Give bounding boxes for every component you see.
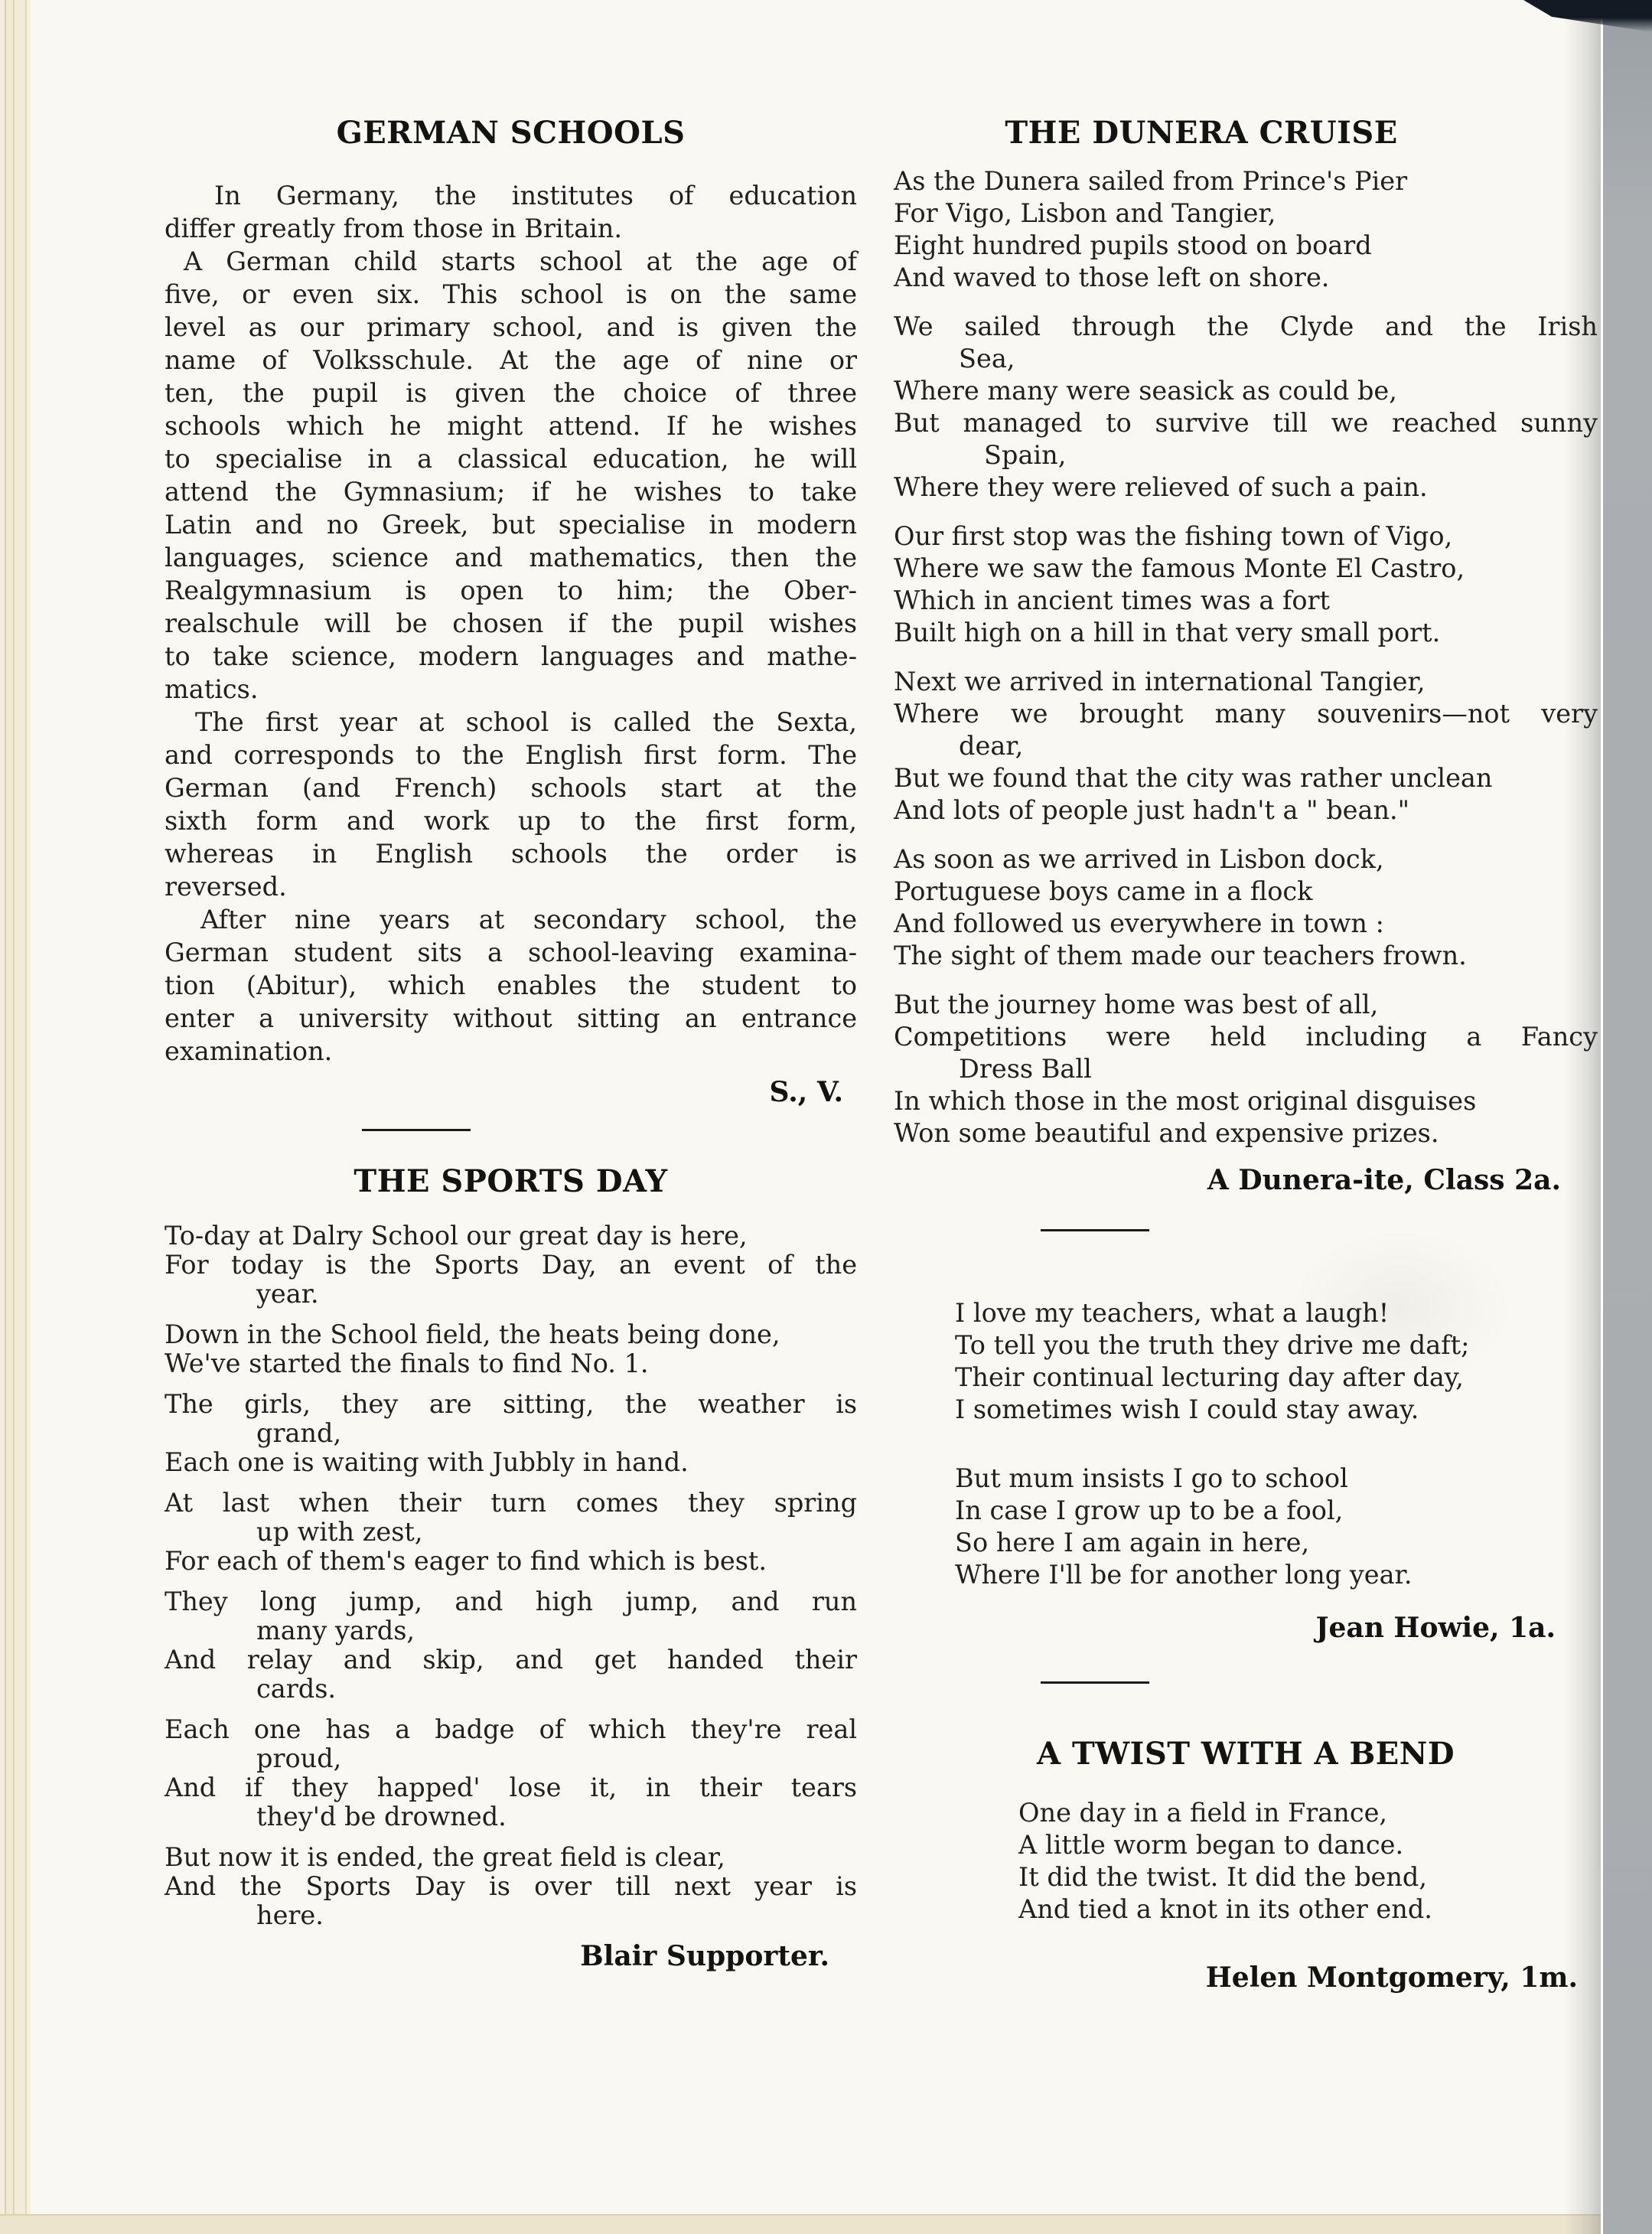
poem-sports-day: To-day at Dalry School our great day is … bbox=[165, 1221, 857, 1930]
prose-line: to take science, modern languages and ma… bbox=[165, 640, 857, 673]
poem-line: And waved to those left on shore. bbox=[894, 262, 1598, 294]
signature-sv: S., V. bbox=[165, 1075, 857, 1109]
paragraph: In Germany, the institutes of educationd… bbox=[165, 179, 857, 245]
poem-line: For each of them's eager to find which i… bbox=[165, 1547, 857, 1576]
poem-line: I sometimes wish I could stay away. bbox=[955, 1394, 1598, 1426]
poem-line: Built high on a hill in that very small … bbox=[894, 617, 1598, 649]
book-page-edge-bottom bbox=[0, 2214, 1603, 2234]
prose-line: A German child starts school at the age … bbox=[165, 245, 857, 278]
poem-title-dunera-cruise: THE DUNERA CRUISE bbox=[849, 113, 1553, 153]
poem-line: Where we saw the famous Monte El Castro, bbox=[894, 553, 1598, 585]
prose-line: After nine years at secondary school, th… bbox=[165, 903, 857, 936]
poem-line: The girls, they are sitting, the weather… bbox=[165, 1390, 857, 1419]
poem-line: To-day at Dalry School our great day is … bbox=[165, 1221, 857, 1251]
prose-line: attend the Gymnasium; if he wishes to ta… bbox=[165, 475, 857, 508]
poem-line: They long jump, and high jump, and run bbox=[165, 1587, 857, 1616]
poem-line: And relay and skip, and get handed their bbox=[165, 1645, 857, 1675]
poem-line: At last when their turn comes they sprin… bbox=[165, 1489, 857, 1518]
poem-line: Eight hundred pupils stood on board bbox=[894, 230, 1598, 262]
prose-line: ten, the pupil is given the choice of th… bbox=[165, 377, 857, 409]
stanza: But mum insists I go to schoolIn case I … bbox=[955, 1463, 1598, 1591]
poem-teachers: I love my teachers, what a laugh!To tell… bbox=[955, 1297, 1598, 1591]
prose-line: sixth form and work up to the first form… bbox=[165, 804, 857, 837]
poem-line: Portuguese boys came in a flock bbox=[894, 876, 1598, 908]
article-body: In Germany, the institutes of educationd… bbox=[165, 179, 857, 1068]
poem-line: But mum insists I go to school bbox=[955, 1463, 1598, 1495]
poem-line: Where we brought many souvenirs—not very bbox=[894, 698, 1598, 730]
prose-line: tion (Abitur), which enables the student… bbox=[165, 969, 857, 1002]
signature-blair-supporter: Blair Supporter. bbox=[165, 1939, 857, 1973]
prose-line: to specialise in a classical education, … bbox=[165, 442, 857, 475]
poem-line: It did the twist. It did the bend, bbox=[1018, 1861, 1598, 1893]
poem-line: grand, bbox=[165, 1419, 857, 1448]
signature-jean-howie: Jean Howie, 1a. bbox=[894, 1611, 1598, 1645]
poem-line: dear, bbox=[894, 730, 1598, 762]
poem-line: Where they were relieved of such a pain. bbox=[894, 471, 1598, 504]
stanza: Our first stop was the fishing town of V… bbox=[894, 520, 1598, 649]
prose-line: examination. bbox=[165, 1035, 857, 1068]
poem-line: Sea, bbox=[894, 343, 1598, 375]
prose-line: Latin and no Greek, but specialise in mo… bbox=[165, 508, 857, 541]
stanza: At last when their turn comes they sprin… bbox=[165, 1489, 857, 1576]
poem-line: Where I'll be for another long year. bbox=[955, 1559, 1598, 1591]
poem-line: I love my teachers, what a laugh! bbox=[955, 1297, 1598, 1329]
prose-line: whereas in English schools the order is bbox=[165, 837, 857, 870]
prose-line: five, or even six. This school is on the… bbox=[165, 278, 857, 311]
section-divider bbox=[1041, 1229, 1149, 1231]
stanza: Next we arrived in international Tangier… bbox=[894, 666, 1598, 827]
prose-line: schools which he might attend. If he wis… bbox=[165, 409, 857, 442]
poem-line: For today is the Sports Day, an event of… bbox=[165, 1251, 857, 1280]
poem-line: up with zest, bbox=[165, 1518, 857, 1547]
poem-title-sports-day: THE SPORTS DAY bbox=[165, 1162, 857, 1202]
prose-line: In Germany, the institutes of education bbox=[165, 179, 857, 212]
poem-line: Next we arrived in international Tangier… bbox=[894, 666, 1598, 698]
section-divider bbox=[1041, 1681, 1149, 1684]
prose-line: level as our primary school, and is give… bbox=[165, 311, 857, 344]
poem-line: Down in the School field, the heats bein… bbox=[165, 1320, 857, 1349]
scan-gutter-background bbox=[1601, 0, 1652, 2234]
poem-line: We sailed through the Clyde and the Iris… bbox=[894, 311, 1598, 343]
signature-dunera-ite: A Dunera-ite, Class 2a. bbox=[894, 1163, 1598, 1197]
prose-line: differ greatly from those in Britain. bbox=[165, 212, 857, 245]
poem-line: To tell you the truth they drive me daft… bbox=[955, 1329, 1598, 1362]
article-title-german-schools: GERMAN SCHOOLS bbox=[165, 113, 857, 153]
poem-line: Spain, bbox=[894, 439, 1598, 471]
prose-line: Realgymnasium is open to him; the Ober- bbox=[165, 574, 857, 607]
prose-line: languages, science and mathematics, then… bbox=[165, 541, 857, 574]
poem-line: Their continual lecturing day after day, bbox=[955, 1362, 1598, 1394]
book-page-edge-left bbox=[0, 0, 31, 2216]
poem-line: In which those in the most original disg… bbox=[894, 1085, 1598, 1117]
poem-line: And followed us everywhere in town : bbox=[894, 908, 1598, 940]
poem-line: But managed to survive till we reached s… bbox=[894, 407, 1598, 439]
stanza: The girls, they are sitting, the weather… bbox=[165, 1390, 857, 1477]
prose-line: German student sits a school-leaving exa… bbox=[165, 936, 857, 969]
stanza: One day in a field in France,A little wo… bbox=[1018, 1797, 1598, 1926]
signature-helen-montgomery: Helen Montgomery, 1m. bbox=[894, 1961, 1598, 1994]
poem-line: As the Dunera sailed from Prince's Pier bbox=[894, 165, 1598, 197]
stanza: We sailed through the Clyde and the Iris… bbox=[894, 311, 1598, 504]
poem-line: Our first stop was the fishing town of V… bbox=[894, 520, 1598, 553]
prose-line: reversed. bbox=[165, 870, 857, 903]
prose-line: German (and French) schools start at the bbox=[165, 771, 857, 804]
poem-line: But now it is ended, the great field is … bbox=[165, 1843, 857, 1872]
paragraph: The first year at school is called the S… bbox=[165, 706, 857, 903]
prose-line: name of Volksschule. At the age of nine … bbox=[165, 344, 857, 377]
poem-line: Which in ancient times was a fort bbox=[894, 585, 1598, 617]
poem-twist-with-a-bend: One day in a field in France,A little wo… bbox=[1018, 1797, 1598, 1926]
poem-line: proud, bbox=[165, 1744, 857, 1773]
paragraph: After nine years at secondary school, th… bbox=[165, 903, 857, 1068]
poem-line: Each one is waiting with Jubbly in hand. bbox=[165, 1448, 857, 1477]
stanza: Each one has a badge of which they're re… bbox=[165, 1715, 857, 1831]
poem-line: A little worm began to dance. bbox=[1018, 1829, 1598, 1861]
poem-line: And if they happed' lose it, in their te… bbox=[165, 1773, 857, 1802]
stanza: They long jump, and high jump, and runma… bbox=[165, 1587, 857, 1704]
poem-line: Each one has a badge of which they're re… bbox=[165, 1715, 857, 1744]
poem-line: Competitions were held including a Fancy bbox=[894, 1021, 1598, 1053]
poem-line: year. bbox=[165, 1280, 857, 1309]
poem-line: many yards, bbox=[165, 1616, 857, 1645]
poem-dunera-cruise: As the Dunera sailed from Prince's PierF… bbox=[894, 165, 1598, 1150]
paragraph: A German child starts school at the age … bbox=[165, 245, 857, 706]
poem-line: We've started the finals to find No. 1. bbox=[165, 1349, 857, 1378]
prose-line: matics. bbox=[165, 673, 857, 706]
prose-line: realschule will be chosen if the pupil w… bbox=[165, 607, 857, 640]
stanza: But now it is ended, the great field is … bbox=[165, 1843, 857, 1930]
section-divider bbox=[362, 1129, 471, 1131]
poem-line: So here I am again in here, bbox=[955, 1527, 1598, 1559]
prose-line: The first year at school is called the S… bbox=[165, 706, 857, 739]
poem-title-twist-with-a-bend: A TWIST WITH A BEND bbox=[894, 1734, 1598, 1774]
stanza: Down in the School field, the heats bein… bbox=[165, 1320, 857, 1378]
poem-line: But the journey home was best of all, bbox=[894, 989, 1598, 1021]
right-column: THE DUNERA CRUISE As the Dunera sailed f… bbox=[894, 113, 1598, 1994]
poem-line: The sight of them made our teachers frow… bbox=[894, 940, 1598, 972]
poem-line: Dress Ball bbox=[894, 1053, 1598, 1085]
stanza: But the journey home was best of all,Com… bbox=[894, 989, 1598, 1150]
poem-line: For Vigo, Lisbon and Tangier, bbox=[894, 197, 1598, 230]
stanza: To-day at Dalry School our great day is … bbox=[165, 1221, 857, 1309]
prose-line: and corresponds to the English first for… bbox=[165, 739, 857, 771]
poem-line: In case I grow up to be a fool, bbox=[955, 1495, 1598, 1527]
poem-line: here. bbox=[165, 1901, 857, 1930]
poem-line: cards. bbox=[165, 1675, 857, 1704]
stanza: As soon as we arrived in Lisbon dock,Por… bbox=[894, 843, 1598, 972]
stanza: As the Dunera sailed from Prince's PierF… bbox=[894, 165, 1598, 294]
poem-line: they'd be drowned. bbox=[165, 1802, 857, 1831]
poem-line: And the Sports Day is over till next yea… bbox=[165, 1872, 857, 1901]
poem-line: But we found that the city was rather un… bbox=[894, 762, 1598, 794]
stanza: I love my teachers, what a laugh!To tell… bbox=[955, 1297, 1598, 1426]
prose-line: enter a university without sitting an en… bbox=[165, 1002, 857, 1035]
poem-line: Won some beautiful and expensive prizes. bbox=[894, 1117, 1598, 1150]
poem-line: As soon as we arrived in Lisbon dock, bbox=[894, 843, 1598, 876]
poem-line: And lots of people just hadn't a " bean.… bbox=[894, 794, 1598, 827]
page-content: GERMAN SCHOOLS In Germany, the institute… bbox=[165, 0, 1598, 1994]
poem-line: And tied a knot in its other end. bbox=[1018, 1893, 1598, 1926]
poem-line: One day in a field in France, bbox=[1018, 1797, 1598, 1829]
left-column: GERMAN SCHOOLS In Germany, the institute… bbox=[165, 113, 857, 1994]
scanned-magazine-page: GERMAN SCHOOLS In Germany, the institute… bbox=[0, 0, 1652, 2234]
poem-line: Where many were seasick as could be, bbox=[894, 375, 1598, 407]
